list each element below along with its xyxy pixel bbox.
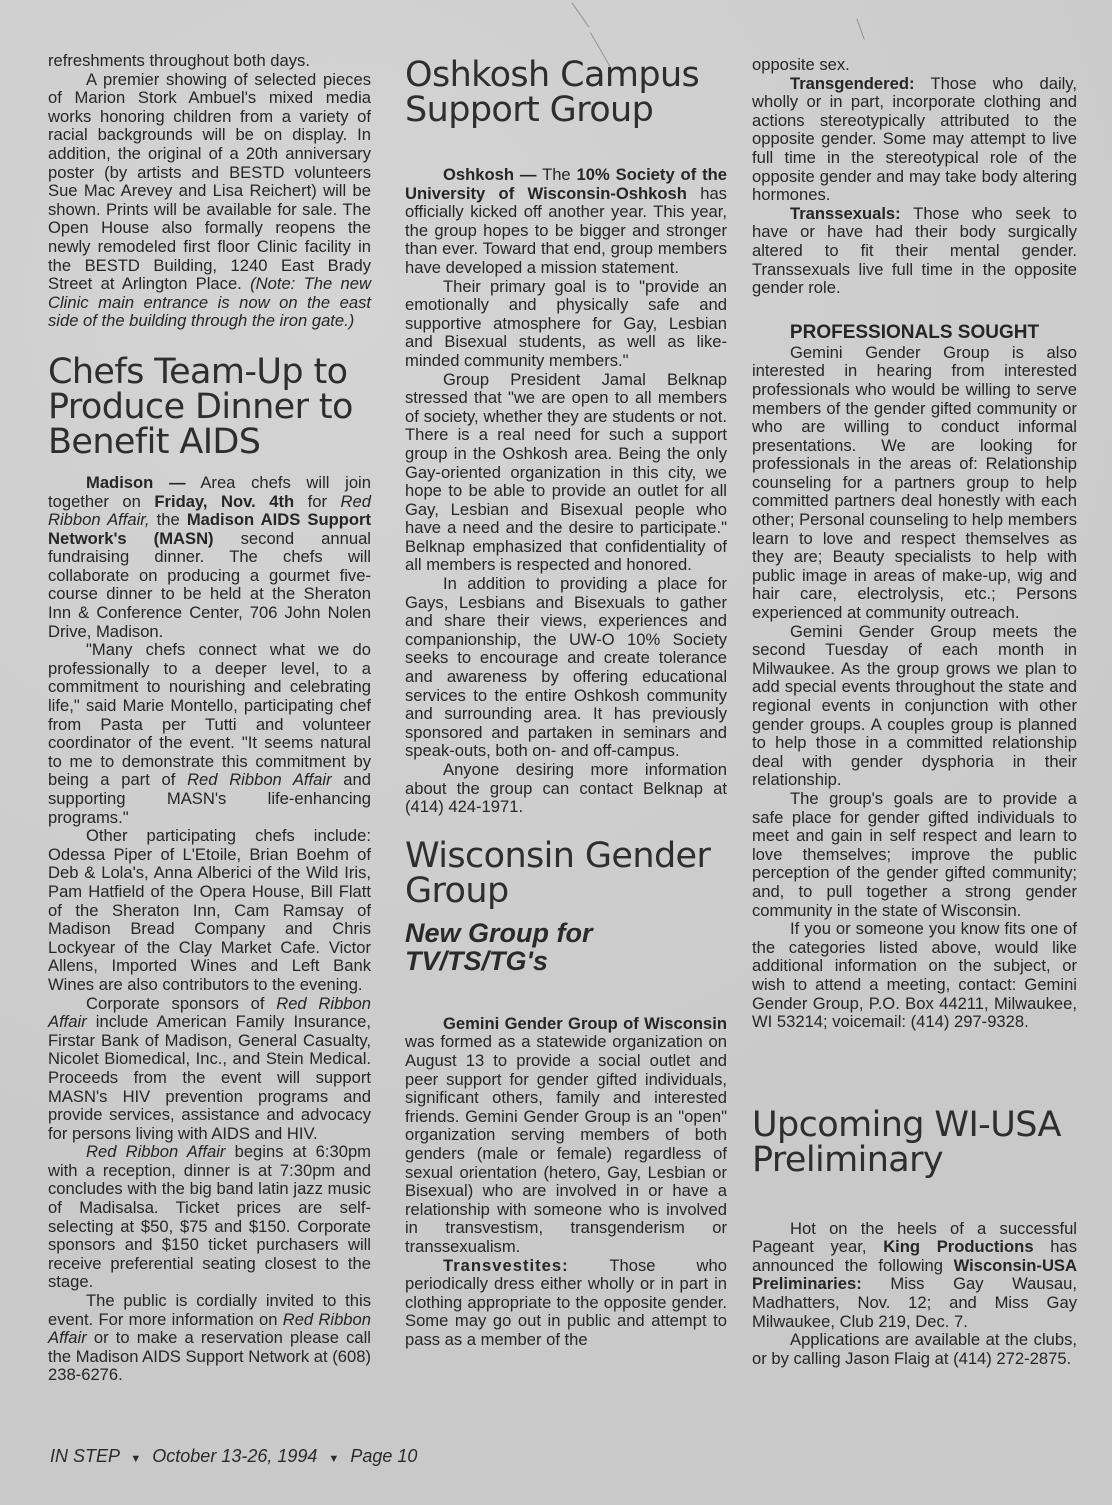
body-paragraph: Gemini Gender Group is also interested i… xyxy=(752,344,1077,623)
body-paragraph: Anyone desiring more information about t… xyxy=(405,761,727,817)
scan-artifact xyxy=(856,18,864,39)
body-paragraph: In addition to providing a place for Gay… xyxy=(405,575,727,761)
body-text: refreshments throughout both days. xyxy=(48,52,371,71)
body-text: opposite sex. xyxy=(752,56,1077,75)
column-2: Oshkosh Campus Support Group Oshkosh — T… xyxy=(405,58,727,1349)
body-paragraph: Their primary goal is to "provide an emo… xyxy=(405,278,727,371)
body-paragraph: Applications are available at the clubs,… xyxy=(752,1331,1077,1368)
body-paragraph: Red Ribbon Affair begins at 6:30pm with … xyxy=(48,1143,371,1292)
section-heading-professionals: PROFESSIONALS SOUGHT xyxy=(752,322,1077,344)
column-1: refreshments throughout both days. A pre… xyxy=(48,52,371,1385)
scan-artifact xyxy=(571,2,589,27)
headline-pageant: Upcoming WI-USA Preliminary xyxy=(752,1108,1077,1178)
publication-name: IN STEP xyxy=(50,1446,119,1466)
body-paragraph: Corporate sponsors of Red Ribbon Affair … xyxy=(48,995,371,1144)
body-paragraph: "Many chefs connect what we do professio… xyxy=(48,641,371,827)
headline-gender-group: Wisconsin Gender Group xyxy=(405,839,727,909)
lead-paragraph: Gemini Gender Group of Wisconsin was for… xyxy=(405,1015,727,1257)
triangle-down-icon: ▼ xyxy=(322,1453,345,1465)
contact-paragraph: If you or someone you know fits one of t… xyxy=(752,920,1077,1032)
lead-paragraph: Hot on the heels of a successful Pageant… xyxy=(752,1220,1077,1332)
headline-chefs: Chefs Team-Up to Produce Dinner to Benef… xyxy=(48,355,371,460)
body-paragraph: Group President Jamal Belknap stressed t… xyxy=(405,371,727,576)
subheadline-gender-group: New Group for TV/TS/TG's xyxy=(405,919,727,975)
page-number: Page 10 xyxy=(350,1446,417,1466)
body-paragraph: The public is cordially invited to this … xyxy=(48,1292,371,1385)
definition-paragraph: Transvestites: Those who periodically dr… xyxy=(405,1257,727,1350)
definition-paragraph: Transgendered: Those who daily, wholly o… xyxy=(752,75,1077,205)
lead-paragraph: Oshkosh — The 10% Society of the Univers… xyxy=(405,166,727,278)
triangle-down-icon: ▼ xyxy=(124,1453,147,1465)
issue-date: October 13-26, 1994 xyxy=(152,1446,317,1466)
lead-paragraph: Madison — Area chefs will join together … xyxy=(48,474,371,641)
headline-oshkosh: Oshkosh Campus Support Group xyxy=(405,58,727,128)
body-paragraph: Other participating chefs include: Odess… xyxy=(48,827,371,994)
body-paragraph: Gemini Gender Group meets the second Tue… xyxy=(752,623,1077,790)
body-paragraph: The group's goals are to provide a safe … xyxy=(752,790,1077,920)
body-paragraph: A premier showing of selected pieces of … xyxy=(48,71,371,331)
column-3: opposite sex. Transgendered: Those who d… xyxy=(752,56,1077,1368)
page-footer: IN STEP ▼ October 13-26, 1994 ▼ Page 10 xyxy=(50,1446,417,1467)
definition-paragraph: Transsexuals: Those who seek to have or … xyxy=(752,205,1077,298)
